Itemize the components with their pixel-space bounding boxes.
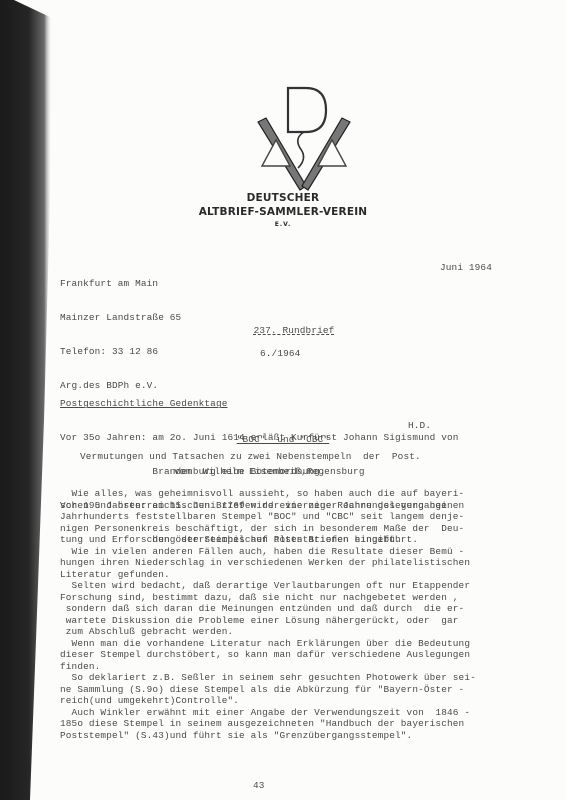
article-body-line: schen und österreichischen Briefen der v… <box>60 500 476 512</box>
org-name-line1: DEUTSCHER <box>0 192 566 204</box>
article-body-line: wartete Diskussion die Probleme einer Lö… <box>60 615 476 627</box>
article-subtitle: Vermutungen und Tatsachen zu zwei Nebens… <box>80 451 421 462</box>
article-body-line: sondern daß sich daran die Meinungen ent… <box>60 603 476 615</box>
org-name-line2: ALTBRIEF-SAMMLER-VEREIN <box>0 206 566 218</box>
article-author: von Wilhelm Eisenbeiß,Regensburg <box>174 466 365 477</box>
article-body-line: 185o diese Stempel in seinem ausgezeichn… <box>60 718 476 730</box>
article-body-line: dieser Stempel durchstöbert, so kann man… <box>60 649 476 661</box>
article-body-line: finden. <box>60 661 476 673</box>
address-line: Mainzer Landstraße 65 <box>60 312 181 324</box>
rundbrief-number: 6./1964 <box>242 348 334 359</box>
article-body-line: Wie in vielen anderen Fällen auch, haben… <box>60 546 476 558</box>
article-body-line: Auch Winkler erwähnt mit einer Angabe de… <box>60 707 476 719</box>
article-body-line: Wenn man die vorhandene Literatur nach E… <box>60 638 476 650</box>
article-title: "BOC" und "CBC" <box>0 434 566 445</box>
scan-binding-shadow <box>0 0 60 800</box>
address-line: Telefon: 33 12 86 <box>60 346 181 358</box>
article-body-line: reich(und umgekehrt)Controlle". <box>60 695 476 707</box>
article-body-line: Forschung sind, bestimmt dazu, daß sie n… <box>60 592 476 604</box>
page-number: 43 <box>253 780 265 791</box>
rundbrief-heading: 237. Rundbrief 6./1964 <box>242 314 334 370</box>
article-body: Wie alles, was geheimnisvoll aussieht, s… <box>60 488 476 741</box>
article-body-line: Wie alles, was geheimnisvoll aussieht, s… <box>60 488 476 500</box>
article-body-line: tung und Erforschung der Stempel auf alt… <box>60 534 476 546</box>
letter-date: Juni 1964 <box>440 262 492 273</box>
article-body-line: So deklariert z.B. Seßler in seinem sehr… <box>60 672 476 684</box>
org-name-line3: E.V. <box>0 221 566 228</box>
rundbrief-title: 237. Rundbrief <box>254 325 335 336</box>
article-body-line: Jahrhunderts feststellbaren Stempel "BOC… <box>60 511 476 523</box>
article-body-line: Selten wird bedacht, daß derartige Verla… <box>60 580 476 592</box>
article-body-line: nigen Personenkreis beschäftigt, der sic… <box>60 523 476 535</box>
article-body-line: hungen ihren Niederschlag in verschieden… <box>60 557 476 569</box>
gedenktage-signature: H.D. <box>408 420 431 431</box>
article-body-line: Literatur gefunden. <box>60 569 476 581</box>
article-body-line: ne Sammlung (S.9o) diese Stempel als die… <box>60 684 476 696</box>
article-body-line: Poststempel" (S.43)und führt sie als "Gr… <box>60 730 476 742</box>
article-body-line: zum Abschluß gebracht werden. <box>60 626 476 638</box>
gedenktage-heading: Postgeschichtliche Gedenktage <box>60 398 459 410</box>
dasv-logo-icon <box>244 82 364 194</box>
address-line: Frankfurt am Main <box>60 278 181 290</box>
